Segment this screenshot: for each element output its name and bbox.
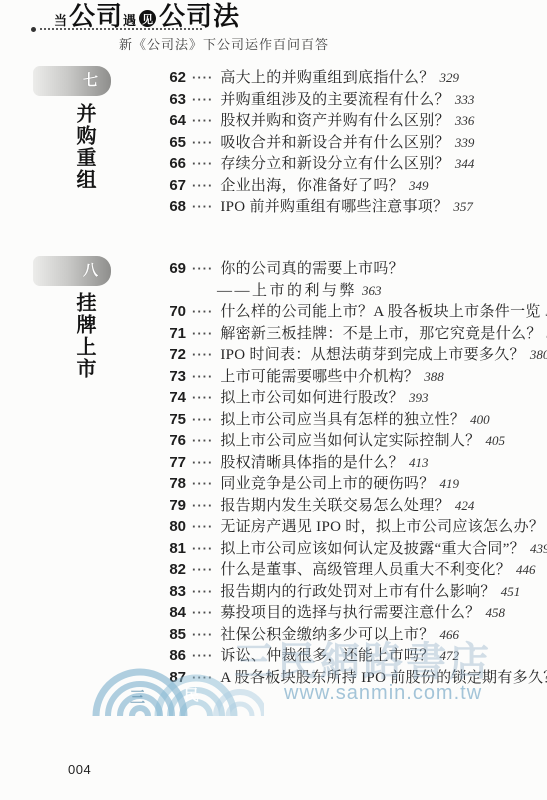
item-number: 76 [159, 432, 186, 449]
toc-item: 65····吸收合并和新设合并有什么区别？339 [159, 131, 541, 153]
item-page-number: 458 [485, 605, 505, 621]
item-number: 78 [159, 475, 186, 492]
item-number: 68 [159, 198, 186, 215]
item-number: 85 [159, 626, 186, 643]
item-title: 拟上市公司应当具有怎样的独立性？ [220, 408, 465, 429]
leader-dots: ···· [192, 605, 213, 620]
toc-item: 76····拟上市公司应当如何认定实际控制人？405 [159, 429, 541, 451]
toc-item: 70····什么样的公司能上市？A 股各板块上市条件一览368 [159, 300, 541, 322]
item-title: ——上市的利与弊 [217, 279, 357, 300]
toc-item: 80····无证房产遇见 IPO 时，拟上市公司应该怎么办？433 [159, 515, 541, 537]
item-page-number: 419 [440, 476, 460, 492]
item-title: 拟上市公司如何进行股改？ [220, 386, 404, 407]
item-page-number: 380 [530, 347, 547, 363]
item-number: 63 [159, 91, 186, 108]
item-title: 报告期内的行政处罚对上市有什么影响？ [220, 580, 495, 601]
toc-list-chapter-8: 69····你的公司真的需要上市吗？ ——上市的利与弊363 70····什么样… [159, 257, 541, 687]
item-number: 69 [159, 260, 186, 277]
item-title: 拟上市公司应当如何认定实际控制人？ [220, 429, 480, 450]
toc-item: 77····股权清晰具体指的是什么？413 [159, 451, 541, 473]
leader-dots: ···· [192, 433, 213, 448]
leader-dots: ···· [192, 304, 213, 319]
item-page-number: 405 [485, 433, 505, 449]
leader-dots: ···· [192, 584, 213, 599]
item-number: 77 [159, 454, 186, 471]
page-number: 004 [68, 762, 91, 777]
item-title: 报告期内发生关联交易怎么处理？ [220, 494, 450, 515]
item-number: 83 [159, 583, 186, 600]
toc-item: 87····A 股各板块股东所持 IPO 前股份的锁定期有多久？478 [159, 666, 541, 688]
leader-dots: ···· [192, 135, 213, 150]
item-page-number: 439 [530, 541, 547, 557]
leader-dots: ···· [192, 390, 213, 405]
item-title: 股权清晰具体指的是什么？ [220, 451, 404, 472]
leader-dots: ···· [192, 519, 213, 534]
item-title: 你的公司真的需要上市吗？ [220, 257, 404, 278]
item-page-number: 333 [455, 92, 475, 108]
toc-item: 66····存续分立和新设分立有什么区别？344 [159, 152, 541, 174]
item-number: 82 [159, 561, 186, 578]
item-page-number: 413 [409, 455, 429, 471]
leader-dots: ···· [192, 113, 213, 128]
toc-item: 63····并购重组涉及的主要流程有什么？333 [159, 88, 541, 110]
rule-lead-dot [31, 27, 36, 32]
toc-item: 73····上市可能需要哪些中介机构？388 [159, 365, 541, 387]
leader-dots: ···· [192, 562, 213, 577]
leader-dots: ···· [192, 648, 213, 663]
item-number: 67 [159, 177, 186, 194]
item-title: 股权并购和资产并购有什么区别？ [220, 109, 450, 130]
item-page-number: 472 [440, 648, 460, 664]
leader-dots: ···· [192, 261, 213, 276]
book-subtitle: 新《公司法》下公司运作百问百答 [119, 34, 329, 53]
item-title: 什么是董事、高级管理人员重大不利变化？ [220, 558, 511, 579]
toc-item: 64····股权并购和资产并购有什么区别？336 [159, 109, 541, 131]
item-title: 并购重组涉及的主要流程有什么？ [220, 88, 450, 109]
toc-item: 67····企业出海，你准备好了吗？349 [159, 174, 541, 196]
item-title: 上市可能需要哪些中介机构？ [220, 365, 419, 386]
leader-dots: ···· [192, 369, 213, 384]
item-page-number: 466 [440, 627, 460, 643]
toc-item: 72····IPO 时间表：从想法萌芽到完成上市要多久？380 [159, 343, 541, 365]
leader-dots: ···· [192, 412, 213, 427]
leader-dots: ···· [192, 326, 213, 341]
item-page-number: 446 [516, 562, 536, 578]
dotted-rule [40, 21, 202, 30]
leader-dots: ···· [192, 178, 213, 193]
toc-item: 74····拟上市公司如何进行股改？393 [159, 386, 541, 408]
toc-item: 78····同业竞争是公司上市的硬伤吗？419 [159, 472, 541, 494]
item-number: 71 [159, 325, 186, 342]
toc-item: 81····拟上市公司应该如何认定及披露“重大合同”？439 [159, 537, 541, 559]
item-title: 吸收合并和新设合并有什么区别？ [220, 131, 450, 152]
item-number: 80 [159, 518, 186, 535]
item-page-number: 388 [424, 369, 444, 385]
chapter-7-badge: 七 [33, 66, 111, 96]
item-number: 72 [159, 346, 186, 363]
leader-dots: ···· [192, 92, 213, 107]
toc-item: 85····社保公积金缴纳多少可以上市？466 [159, 623, 541, 645]
leader-dots: ···· [192, 498, 213, 513]
item-number: 70 [159, 303, 186, 320]
watermark-char-san: 三 [130, 686, 145, 707]
item-page-number: 424 [455, 498, 475, 514]
item-page-number: 329 [440, 70, 460, 86]
item-title: 无证房产遇见 IPO 时，拟上市公司应该怎么办？ [220, 515, 544, 536]
toc-item: 83····报告期内的行政处罚对上市有什么影响？451 [159, 580, 541, 602]
chapter-8-badge: 八 [33, 256, 111, 286]
item-number: 87 [159, 669, 186, 686]
item-title: 解密新三板挂牌：不是上市，那它究竟是什么？ [220, 322, 541, 343]
toc-item: 71····解密新三板挂牌：不是上市，那它究竟是什么？375 [159, 322, 541, 344]
item-title: 企业出海，你准备好了吗？ [220, 174, 404, 195]
leader-dots: ···· [192, 541, 213, 556]
item-number: 65 [159, 134, 186, 151]
item-title: 募投项目的选择与执行需要注意什么？ [220, 601, 480, 622]
item-title: 社保公积金缴纳多少可以上市？ [220, 623, 434, 644]
leader-dots: ···· [192, 70, 213, 85]
leader-dots: ···· [192, 476, 213, 491]
toc-item: 86····诉讼、仲裁很多，还能上市吗？472 [159, 644, 541, 666]
leader-dots: ···· [192, 347, 213, 362]
item-number: 74 [159, 389, 186, 406]
item-number: 86 [159, 647, 186, 664]
toc-item: 82····什么是董事、高级管理人员重大不利变化？446 [159, 558, 541, 580]
item-page-number: 393 [409, 390, 429, 406]
item-title: A 股各板块股东所持 IPO 前股份的锁定期有多久？ [220, 666, 547, 687]
item-number: 73 [159, 368, 186, 385]
toc-item: 79····报告期内发生关联交易怎么处理？424 [159, 494, 541, 516]
leader-dots: ···· [192, 670, 213, 685]
item-page-number: 339 [455, 135, 475, 151]
item-title: 拟上市公司应该如何认定及披露“重大合同”？ [220, 537, 525, 558]
item-title: 什么样的公司能上市？A 股各板块上市条件一览 [220, 300, 540, 321]
item-title: 高大上的并购重组到底指什么？ [220, 66, 434, 87]
item-page-number: 451 [501, 584, 521, 600]
leader-dots: ···· [192, 156, 213, 171]
item-title: 诉讼、仲裁很多，还能上市吗？ [220, 644, 434, 665]
item-title: 同业竞争是公司上市的硬伤吗？ [220, 472, 434, 493]
leader-dots: ···· [192, 455, 213, 470]
item-page-number: 344 [455, 156, 475, 172]
toc-item: 69····你的公司真的需要上市吗？ [159, 257, 541, 279]
toc-item: 68····IPO 前并购重组有哪些注意事项？357 [159, 195, 541, 217]
item-number: 79 [159, 497, 186, 514]
item-page-number: 336 [455, 113, 475, 129]
item-page-number: 400 [470, 412, 490, 428]
item-number: 84 [159, 604, 186, 621]
toc-list-chapter-7: 62····高大上的并购重组到底指什么？329 63····并购重组涉及的主要流… [159, 66, 541, 217]
toc-item: 75····拟上市公司应当具有怎样的独立性？400 [159, 408, 541, 430]
item-title: 存续分立和新设分立有什么区别？ [220, 152, 450, 173]
watermark-char-min: 民 [184, 684, 199, 705]
item-title: IPO 前并购重组有哪些注意事项？ [220, 195, 448, 216]
item-page-number: 357 [453, 199, 473, 215]
chapter-8-title: 挂牌上市 [74, 292, 94, 380]
item-number: 81 [159, 540, 186, 557]
leader-dots: ···· [192, 199, 213, 214]
toc-item: 84····募投项目的选择与执行需要注意什么？458 [159, 601, 541, 623]
item-page-number: 349 [409, 178, 429, 194]
toc-item-continuation: ——上市的利与弊363 [159, 279, 541, 301]
item-page-number: 363 [362, 283, 382, 299]
item-number: 75 [159, 411, 186, 428]
leader-dots: ···· [192, 627, 213, 642]
toc-item: 62····高大上的并购重组到底指什么？329 [159, 66, 541, 88]
item-number: 62 [159, 69, 186, 86]
item-title: IPO 时间表：从想法萌芽到完成上市要多久？ [220, 343, 525, 364]
chapter-7-title: 并购重组 [74, 103, 94, 191]
item-number: 64 [159, 112, 186, 129]
item-number: 66 [159, 155, 186, 172]
